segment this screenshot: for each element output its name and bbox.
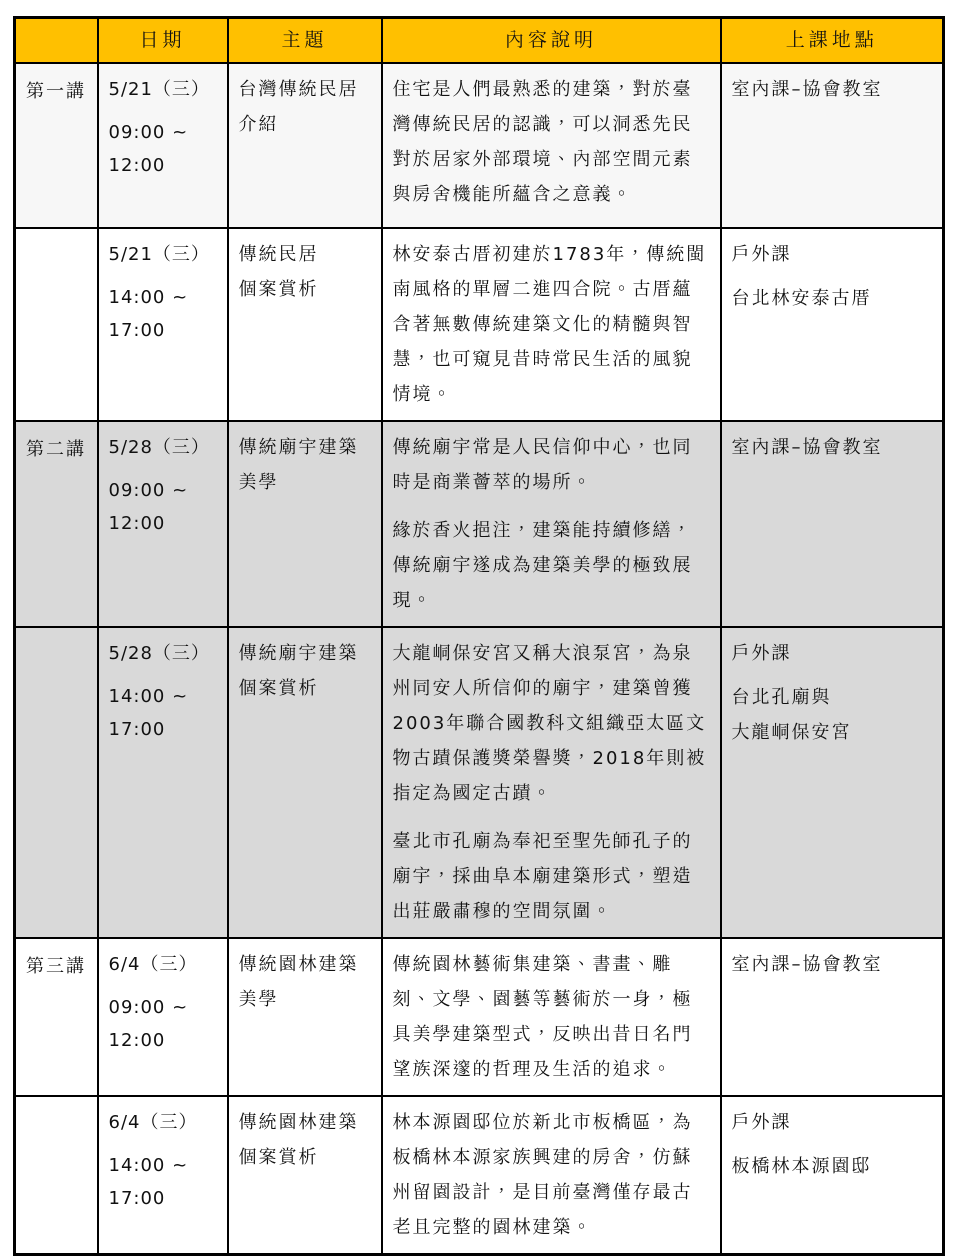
cell-location: 戶外課 台北孔廟與 大龍峒保安宮 <box>721 627 944 938</box>
time-end: 12:00 <box>109 149 217 182</box>
table-row-4: 5/28（三） 14:00 ~ 17:00 傳統廟宇建築 個案賞析 大龍峒保安宮… <box>15 627 944 938</box>
location-line: 室內課–協會教室 <box>732 72 933 107</box>
cell-date: 5/28（三） 14:00 ~ 17:00 <box>98 627 228 938</box>
date-text: 5/28（三） <box>109 636 217 671</box>
date-text: 5/21（三） <box>109 237 217 272</box>
time-start: 14:00 ~ <box>109 680 217 713</box>
content-paragraph: 住宅是人們最熟悉的建築，對於臺灣傳統民居的認識，可以洞悉先民對於居家外部環境、內… <box>393 72 710 212</box>
cell-location: 戶外課 板橋林本源園邸 <box>721 1096 944 1255</box>
cell-date: 6/4（三） 09:00 ~ 12:00 <box>98 938 228 1096</box>
cell-description: 傳統園林藝術集建築、書畫、雕刻、文學、園藝等藝術於一身，極具美學建築型式，反映出… <box>382 938 721 1096</box>
location-line: 室內課–協會教室 <box>732 947 933 982</box>
course-schedule-page: 日期 主題 內容說明 上課地點 第一講 5/21（三） 09:00 ~ 12:0… <box>0 0 960 1093</box>
location-line: 室內課–協會教室 <box>732 430 933 465</box>
table-row-5: 第三講 6/4（三） 09:00 ~ 12:00 傳統園林建築 美學 傳統園林藝… <box>15 938 944 1096</box>
time-start: 14:00 ~ <box>109 1149 217 1182</box>
header-cell-date: 日期 <box>98 18 228 64</box>
location-line: 台北林安泰古厝 <box>732 281 933 316</box>
cell-description: 林本源園邸位於新北市板橋區，為板橋林本源家族興建的房舍，仿蘇州留園設計，是目前臺… <box>382 1096 721 1255</box>
content-paragraph: 林安泰古厝初建於1783年，傳統閩南風格的單層二進四合院。古厝蘊含著無數傳統建築… <box>393 237 710 412</box>
date-text: 6/4（三） <box>109 947 217 982</box>
cell-topic: 傳統園林建築 個案賞析 <box>228 1096 382 1255</box>
lecture-label <box>15 228 98 421</box>
cell-location: 室內課–協會教室 <box>721 938 944 1096</box>
topic-line: 台灣傳統民居 <box>239 72 371 107</box>
topic-line: 個案賞析 <box>239 671 371 706</box>
header-cell-location: 上課地點 <box>721 18 944 64</box>
location-line: 戶外課 <box>732 1105 933 1140</box>
topic-line: 傳統民居 <box>239 237 371 272</box>
content-paragraph: 臺北市孔廟為奉祀至聖先師孔子的廟宇，採曲阜本廟建築形式，塑造出莊嚴肅穆的空間氛圍… <box>393 824 710 929</box>
content-paragraph: 緣於香火挹注，建築能持續修繕，傳統廟宇遂成為建築美學的極致展現。 <box>393 513 710 618</box>
location-line: 大龍峒保安宮 <box>732 715 933 750</box>
cell-location: 室內課–協會教室 <box>721 421 944 627</box>
header-row: 日期 主題 內容說明 上課地點 <box>15 18 944 64</box>
date-text: 5/21（三） <box>109 72 217 107</box>
topic-line: 個案賞析 <box>239 272 371 307</box>
lecture-label: 第三講 <box>15 938 98 1096</box>
time-start: 09:00 ~ <box>109 116 217 149</box>
time-end: 17:00 <box>109 713 217 746</box>
cell-date: 5/21（三） 09:00 ~ 12:00 <box>98 63 228 228</box>
time-start: 09:00 ~ <box>109 991 217 1024</box>
cell-topic: 傳統民居 個案賞析 <box>228 228 382 421</box>
course-schedule-table: 日期 主題 內容說明 上課地點 第一講 5/21（三） 09:00 ~ 12:0… <box>13 16 945 1256</box>
cell-description: 林安泰古厝初建於1783年，傳統閩南風格的單層二進四合院。古厝蘊含著無數傳統建築… <box>382 228 721 421</box>
header-cell-description: 內容說明 <box>382 18 721 64</box>
topic-line: 美學 <box>239 465 371 500</box>
date-text: 5/28（三） <box>109 430 217 465</box>
cell-date: 6/4（三） 14:00 ~ 17:00 <box>98 1096 228 1255</box>
location-line: 台北孔廟與 <box>732 680 933 715</box>
lecture-label <box>15 627 98 938</box>
topic-line: 個案賞析 <box>239 1140 371 1175</box>
cell-date: 5/21（三） 14:00 ~ 17:00 <box>98 228 228 421</box>
cell-location: 戶外課 台北林安泰古厝 <box>721 228 944 421</box>
cell-date: 5/28（三） 09:00 ~ 12:00 <box>98 421 228 627</box>
header-cell-topic: 主題 <box>228 18 382 64</box>
table-row-6: 6/4（三） 14:00 ~ 17:00 傳統園林建築 個案賞析 林本源園邸位於… <box>15 1096 944 1255</box>
cell-description: 大龍峒保安宮又稱大浪泵宮，為泉州同安人所信仰的廟宇，建築曾獲2003年聯合國教科… <box>382 627 721 938</box>
time-end: 17:00 <box>109 1182 217 1215</box>
time-start: 09:00 ~ <box>109 474 217 507</box>
location-line: 板橋林本源園邸 <box>732 1149 933 1184</box>
time-end: 12:00 <box>109 507 217 540</box>
lecture-label <box>15 1096 98 1255</box>
lecture-label: 第二講 <box>15 421 98 627</box>
topic-line: 傳統廟宇建築 <box>239 636 371 671</box>
content-paragraph: 大龍峒保安宮又稱大浪泵宮，為泉州同安人所信仰的廟宇，建築曾獲2003年聯合國教科… <box>393 636 710 811</box>
location-line: 戶外課 <box>732 237 933 272</box>
content-paragraph: 傳統園林藝術集建築、書畫、雕刻、文學、園藝等藝術於一身，極具美學建築型式，反映出… <box>393 947 710 1087</box>
location-line: 戶外課 <box>732 636 933 671</box>
topic-line: 介紹 <box>239 107 371 142</box>
time-end: 12:00 <box>109 1024 217 1057</box>
topic-line: 傳統園林建築 <box>239 947 371 982</box>
topic-line: 傳統園林建築 <box>239 1105 371 1140</box>
table-row-2: 5/21（三） 14:00 ~ 17:00 傳統民居 個案賞析 林安泰古厝初建於… <box>15 228 944 421</box>
cell-topic: 傳統園林建築 美學 <box>228 938 382 1096</box>
cell-topic: 傳統廟宇建築 美學 <box>228 421 382 627</box>
table-row-3: 第二講 5/28（三） 09:00 ~ 12:00 傳統廟宇建築 美學 傳統廟宇… <box>15 421 944 627</box>
cell-location: 室內課–協會教室 <box>721 63 944 228</box>
cell-description: 傳統廟宇常是人民信仰中心，也同時是商業薈萃的場所。 緣於香火挹注，建築能持續修繕… <box>382 421 721 627</box>
topic-line: 傳統廟宇建築 <box>239 430 371 465</box>
header-cell-lecture <box>15 18 98 64</box>
cell-topic: 傳統廟宇建築 個案賞析 <box>228 627 382 938</box>
content-paragraph: 傳統廟宇常是人民信仰中心，也同時是商業薈萃的場所。 <box>393 430 710 500</box>
table-row-1: 第一講 5/21（三） 09:00 ~ 12:00 台灣傳統民居 介紹 住宅是人… <box>15 63 944 228</box>
lecture-label: 第一講 <box>15 63 98 228</box>
date-text: 6/4（三） <box>109 1105 217 1140</box>
time-end: 17:00 <box>109 314 217 347</box>
time-start: 14:00 ~ <box>109 281 217 314</box>
cell-description: 住宅是人們最熟悉的建築，對於臺灣傳統民居的認識，可以洞悉先民對於居家外部環境、內… <box>382 63 721 228</box>
topic-line: 美學 <box>239 982 371 1017</box>
content-paragraph: 林本源園邸位於新北市板橋區，為板橋林本源家族興建的房舍，仿蘇州留園設計，是目前臺… <box>393 1105 710 1245</box>
cell-topic: 台灣傳統民居 介紹 <box>228 63 382 228</box>
